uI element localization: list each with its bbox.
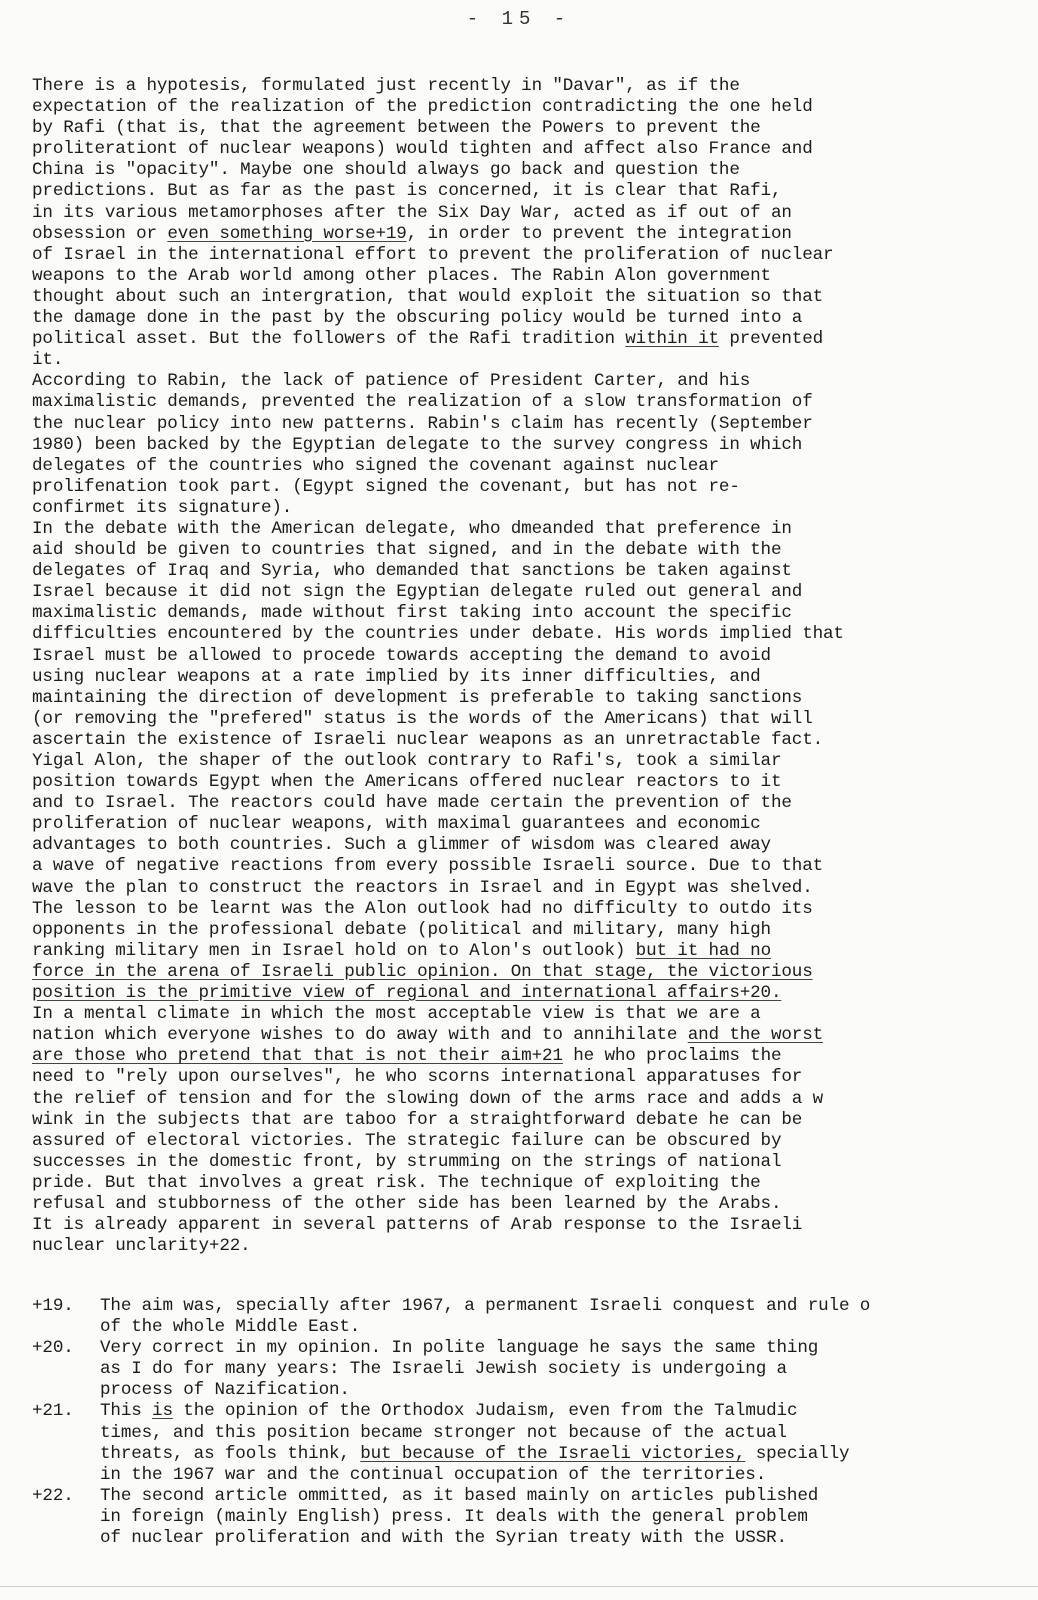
text-segment: process of Nazification. [100,1380,350,1400]
footnote-line: of the whole Middle East. [100,1317,1032,1338]
text-segment: need to "rely upon ourselves", he who sc… [32,1067,802,1087]
text-segment: the opinion of the Orthodox Judaism, eve… [173,1401,797,1421]
text-segment: pride. But that involves a great risk. T… [32,1173,761,1193]
text-line: by Rafi (that is, that the agreement bet… [32,118,1032,139]
text-segment: The aim was, specially after 1967, a per… [100,1296,870,1316]
text-segment: of nuclear proliferation and with the Sy… [100,1528,787,1548]
underlined-text: is [152,1401,173,1421]
text-line: The lesson to be learnt was the Alon out… [32,899,1032,920]
text-segment: ranking military men in Israel hold on t… [32,941,636,961]
text-line: In a mental climate in which the most ac… [32,1004,1032,1025]
text-line: maximalistic demands, made without first… [32,603,1032,624]
footnote-marker: +22. [32,1486,100,1549]
text-line: political asset. But the followers of th… [32,329,1032,350]
text-segment: proliferation of nuclear weapons, with m… [32,814,761,834]
text-line: Yigal Alon, the shaper of the outlook co… [32,751,1032,772]
text-segment: (or removing the "prefered" status is th… [32,709,813,729]
text-segment: of the whole Middle East. [100,1317,360,1337]
text-line: of Israel in the international effort to… [32,245,1032,266]
text-line: difficulties encountered by the countrie… [32,624,1032,645]
text-line: thought about such an intergration, that… [32,287,1032,308]
text-line: delegates of Iraq and Syria, who demande… [32,561,1032,582]
text-segment: and to Israel. The reactors could have m… [32,793,792,813]
text-line: proliterationt of nuclear weapons) would… [32,139,1032,160]
text-line: position towards Egypt when the American… [32,772,1032,793]
text-segment: advantages to both countries. Such a gli… [32,835,771,855]
text-line: need to "rely upon ourselves", he who sc… [32,1067,1032,1088]
footnote-line: of nuclear proliferation and with the Sy… [100,1528,1032,1549]
text-line: maximalistic demands, prevented the real… [32,392,1032,413]
text-segment: maintaining the direction of development… [32,688,802,708]
text-segment: China is "opacity". Maybe one should alw… [32,160,740,180]
text-line: in its various metamorphoses after the S… [32,203,1032,224]
text-segment: threats, as fools think, [100,1444,360,1464]
text-line: the nuclear policy into new patterns. Ra… [32,414,1032,435]
text-line: opponents in the professional debate (po… [32,920,1032,941]
text-segment: assured of electoral victories. The stra… [32,1131,781,1151]
underlined-text: are those who pretend that that is not t… [32,1046,563,1066]
text-segment: The lesson to be learnt was the Alon out… [32,899,813,919]
footnote: +20.Very correct in my opinion. In polit… [32,1338,1032,1401]
underlined-text: but because of the Israeli victories, [360,1444,745,1464]
text-line: nation which everyone wishes to do away … [32,1025,1032,1046]
text-segment: it. [32,350,63,370]
text-segment: successes in the domestic front, by stru… [32,1152,781,1172]
text-segment: the relief of tension and for the slowin… [32,1089,823,1109]
text-segment: The second article ommitted, as it based… [100,1486,818,1506]
footnote-marker: +19. [32,1296,100,1338]
footnote-text: The second article ommitted, as it based… [100,1486,1032,1549]
text-segment: as I do for many years: The Israeli Jewi… [100,1359,787,1379]
underlined-text: even something worse+19 [167,224,406,244]
text-segment: According to Rabin, the lack of patience… [32,371,750,391]
footnote: +19.The aim was, specially after 1967, a… [32,1296,1032,1338]
text-segment: wave the plan to construct the reactors … [32,878,813,898]
text-line: and to Israel. The reactors could have m… [32,793,1032,814]
footnote-line: in the 1967 war and the continual occupa… [100,1465,1032,1486]
text-line: maintaining the direction of development… [32,688,1032,709]
text-segment: Yigal Alon, the shaper of the outlook co… [32,751,781,771]
text-segment: Israel must be allowed to procede toward… [32,646,771,666]
underlined-text: and the worst [688,1025,823,1045]
text-segment: a wave of negative reactions from every … [32,856,823,876]
text-line: There is a hypotesis, formulated just re… [32,76,1032,97]
text-segment: political asset. But the followers of th… [32,329,625,349]
footnote: +21.This is the opinion of the Orthodox … [32,1401,1032,1485]
text-line: delegates of the countries who signed th… [32,456,1032,477]
text-line: obsession or even something worse+19, in… [32,224,1032,245]
text-segment: maximalistic demands, made without first… [32,603,792,623]
footnote-marker: +21. [32,1401,100,1485]
text-segment: nuclear unclarity+22. [32,1236,251,1256]
text-line: prolifenation took part. (Egypt signed t… [32,477,1032,498]
text-line: ranking military men in Israel hold on t… [32,941,1032,962]
text-line: China is "opacity". Maybe one should alw… [32,160,1032,181]
underlined-text: but it had no [636,941,771,961]
text-line: advantages to both countries. Such a gli… [32,835,1032,856]
text-segment: proliterationt of nuclear weapons) would… [32,139,813,159]
text-line: position is the primitive view of region… [32,983,1032,1004]
text-segment: confirmet its signature). [32,498,292,518]
footnote-line: This is the opinion of the Orthodox Juda… [100,1401,1032,1422]
text-line: refusal and stubborness of the other sid… [32,1194,1032,1215]
text-segment: by Rafi (that is, that the agreement bet… [32,118,761,138]
text-segment: prolifenation took part. (Egypt signed t… [32,477,740,497]
text-line: aid should be given to countries that si… [32,540,1032,561]
body-text: There is a hypotesis, formulated just re… [32,76,1032,1257]
typewritten-page: - 15 - There is a hypotesis, formulated … [0,0,1038,1600]
footnote-line: The aim was, specially after 1967, a per… [100,1296,1032,1317]
text-segment: , in order to prevent the integration [407,224,792,244]
text-segment: Israel because it did not sign the Egypt… [32,582,802,602]
text-line: it. [32,350,1032,371]
text-segment: thought about such an intergration, that… [32,287,823,307]
text-line: (or removing the "prefered" status is th… [32,709,1032,730]
text-line: nuclear unclarity+22. [32,1236,1032,1257]
text-line: wink in the subjects that are taboo for … [32,1110,1032,1131]
text-line: predictions. But as far as the past is c… [32,181,1032,202]
footnote-line: threats, as fools think, but because of … [100,1444,1032,1465]
text-segment: prevented [719,329,823,349]
underlined-text: force in the arena of Israeli public opi… [32,962,813,982]
footnotes: +19.The aim was, specially after 1967, a… [32,1296,1032,1549]
footnote-line: in foreign (mainly English) press. It de… [100,1507,1032,1528]
text-segment: obsession or [32,224,167,244]
text-segment: times, and this position became stronger… [100,1423,787,1443]
text-segment: In a mental climate in which the most ac… [32,1004,761,1024]
text-line: force in the arena of Israeli public opi… [32,962,1032,983]
text-segment: nation which everyone wishes to do away … [32,1025,688,1045]
text-segment: difficulties encountered by the countrie… [32,624,844,644]
text-segment: Very correct in my opinion. In polite la… [100,1338,818,1358]
text-segment: expectation of the realization of the pr… [32,97,813,117]
text-segment: In the debate with the American delegate… [32,519,792,539]
text-segment: ascertain the existence of Israeli nucle… [32,730,823,750]
text-line: the damage done in the past by the obscu… [32,308,1032,329]
bottom-divider [0,1586,1038,1587]
footnote-text: This is the opinion of the Orthodox Juda… [100,1401,1032,1485]
footnote-line: as I do for many years: The Israeli Jewi… [100,1359,1032,1380]
text-line: confirmet its signature). [32,498,1032,519]
text-segment: in its various metamorphoses after the S… [32,203,792,223]
text-segment: There is a hypotesis, formulated just re… [32,76,740,96]
text-segment: wink in the subjects that are taboo for … [32,1110,802,1130]
footnote-line: process of Nazification. [100,1380,1032,1401]
text-line: wave the plan to construct the reactors … [32,878,1032,899]
text-segment: the nuclear policy into new patterns. Ra… [32,414,813,434]
underlined-text: within it [625,329,719,349]
footnote-line: times, and this position became stronger… [100,1423,1032,1444]
page-number: - 15 - [0,8,1038,30]
text-line: assured of electoral victories. The stra… [32,1131,1032,1152]
text-line: successes in the domestic front, by stru… [32,1152,1032,1173]
text-line: expectation of the realization of the pr… [32,97,1032,118]
text-segment: in foreign (mainly English) press. It de… [100,1507,808,1527]
text-line: It is already apparent in several patter… [32,1215,1032,1236]
text-segment: predictions. But as far as the past is c… [32,181,781,201]
text-segment: in the 1967 war and the continual occupa… [100,1465,766,1485]
text-segment: delegates of Iraq and Syria, who demande… [32,561,792,581]
text-line: pride. But that involves a great risk. T… [32,1173,1032,1194]
text-line: Israel must be allowed to procede toward… [32,646,1032,667]
text-segment: specially [745,1444,849,1464]
footnote: +22.The second article ommitted, as it b… [32,1486,1032,1549]
text-segment: opponents in the professional debate (po… [32,920,771,940]
text-segment: It is already apparent in several patter… [32,1215,802,1235]
text-line: Israel because it did not sign the Egypt… [32,582,1032,603]
text-segment: refusal and stubborness of the other sid… [32,1194,781,1214]
text-line: In the debate with the American delegate… [32,519,1032,540]
text-line: a wave of negative reactions from every … [32,856,1032,877]
text-segment: he who proclaims the [563,1046,782,1066]
text-segment: using nuclear weapons at a rate implied … [32,667,761,687]
text-line: using nuclear weapons at a rate implied … [32,667,1032,688]
text-segment: position towards Egypt when the American… [32,772,781,792]
text-line: According to Rabin, the lack of patience… [32,371,1032,392]
text-line: the relief of tension and for the slowin… [32,1089,1032,1110]
footnote-text: The aim was, specially after 1967, a per… [100,1296,1032,1338]
footnote-marker: +20. [32,1338,100,1401]
text-line: proliferation of nuclear weapons, with m… [32,814,1032,835]
text-segment: delegates of the countries who signed th… [32,456,719,476]
text-segment: This [100,1401,152,1421]
underlined-text: position is the primitive view of region… [32,983,781,1003]
text-segment: the damage done in the past by the obscu… [32,308,802,328]
footnote-line: Very correct in my opinion. In polite la… [100,1338,1032,1359]
text-segment: weapons to the Arab world among other pl… [32,266,771,286]
footnote-text: Very correct in my opinion. In polite la… [100,1338,1032,1401]
text-segment: 1980) been backed by the Egyptian delega… [32,435,802,455]
footnote-line: The second article ommitted, as it based… [100,1486,1032,1507]
text-segment: aid should be given to countries that si… [32,540,781,560]
text-segment: maximalistic demands, prevented the real… [32,392,813,412]
text-line: ascertain the existence of Israeli nucle… [32,730,1032,751]
text-segment: of Israel in the international effort to… [32,245,833,265]
text-line: 1980) been backed by the Egyptian delega… [32,435,1032,456]
text-line: are those who pretend that that is not t… [32,1046,1032,1067]
text-line: weapons to the Arab world among other pl… [32,266,1032,287]
